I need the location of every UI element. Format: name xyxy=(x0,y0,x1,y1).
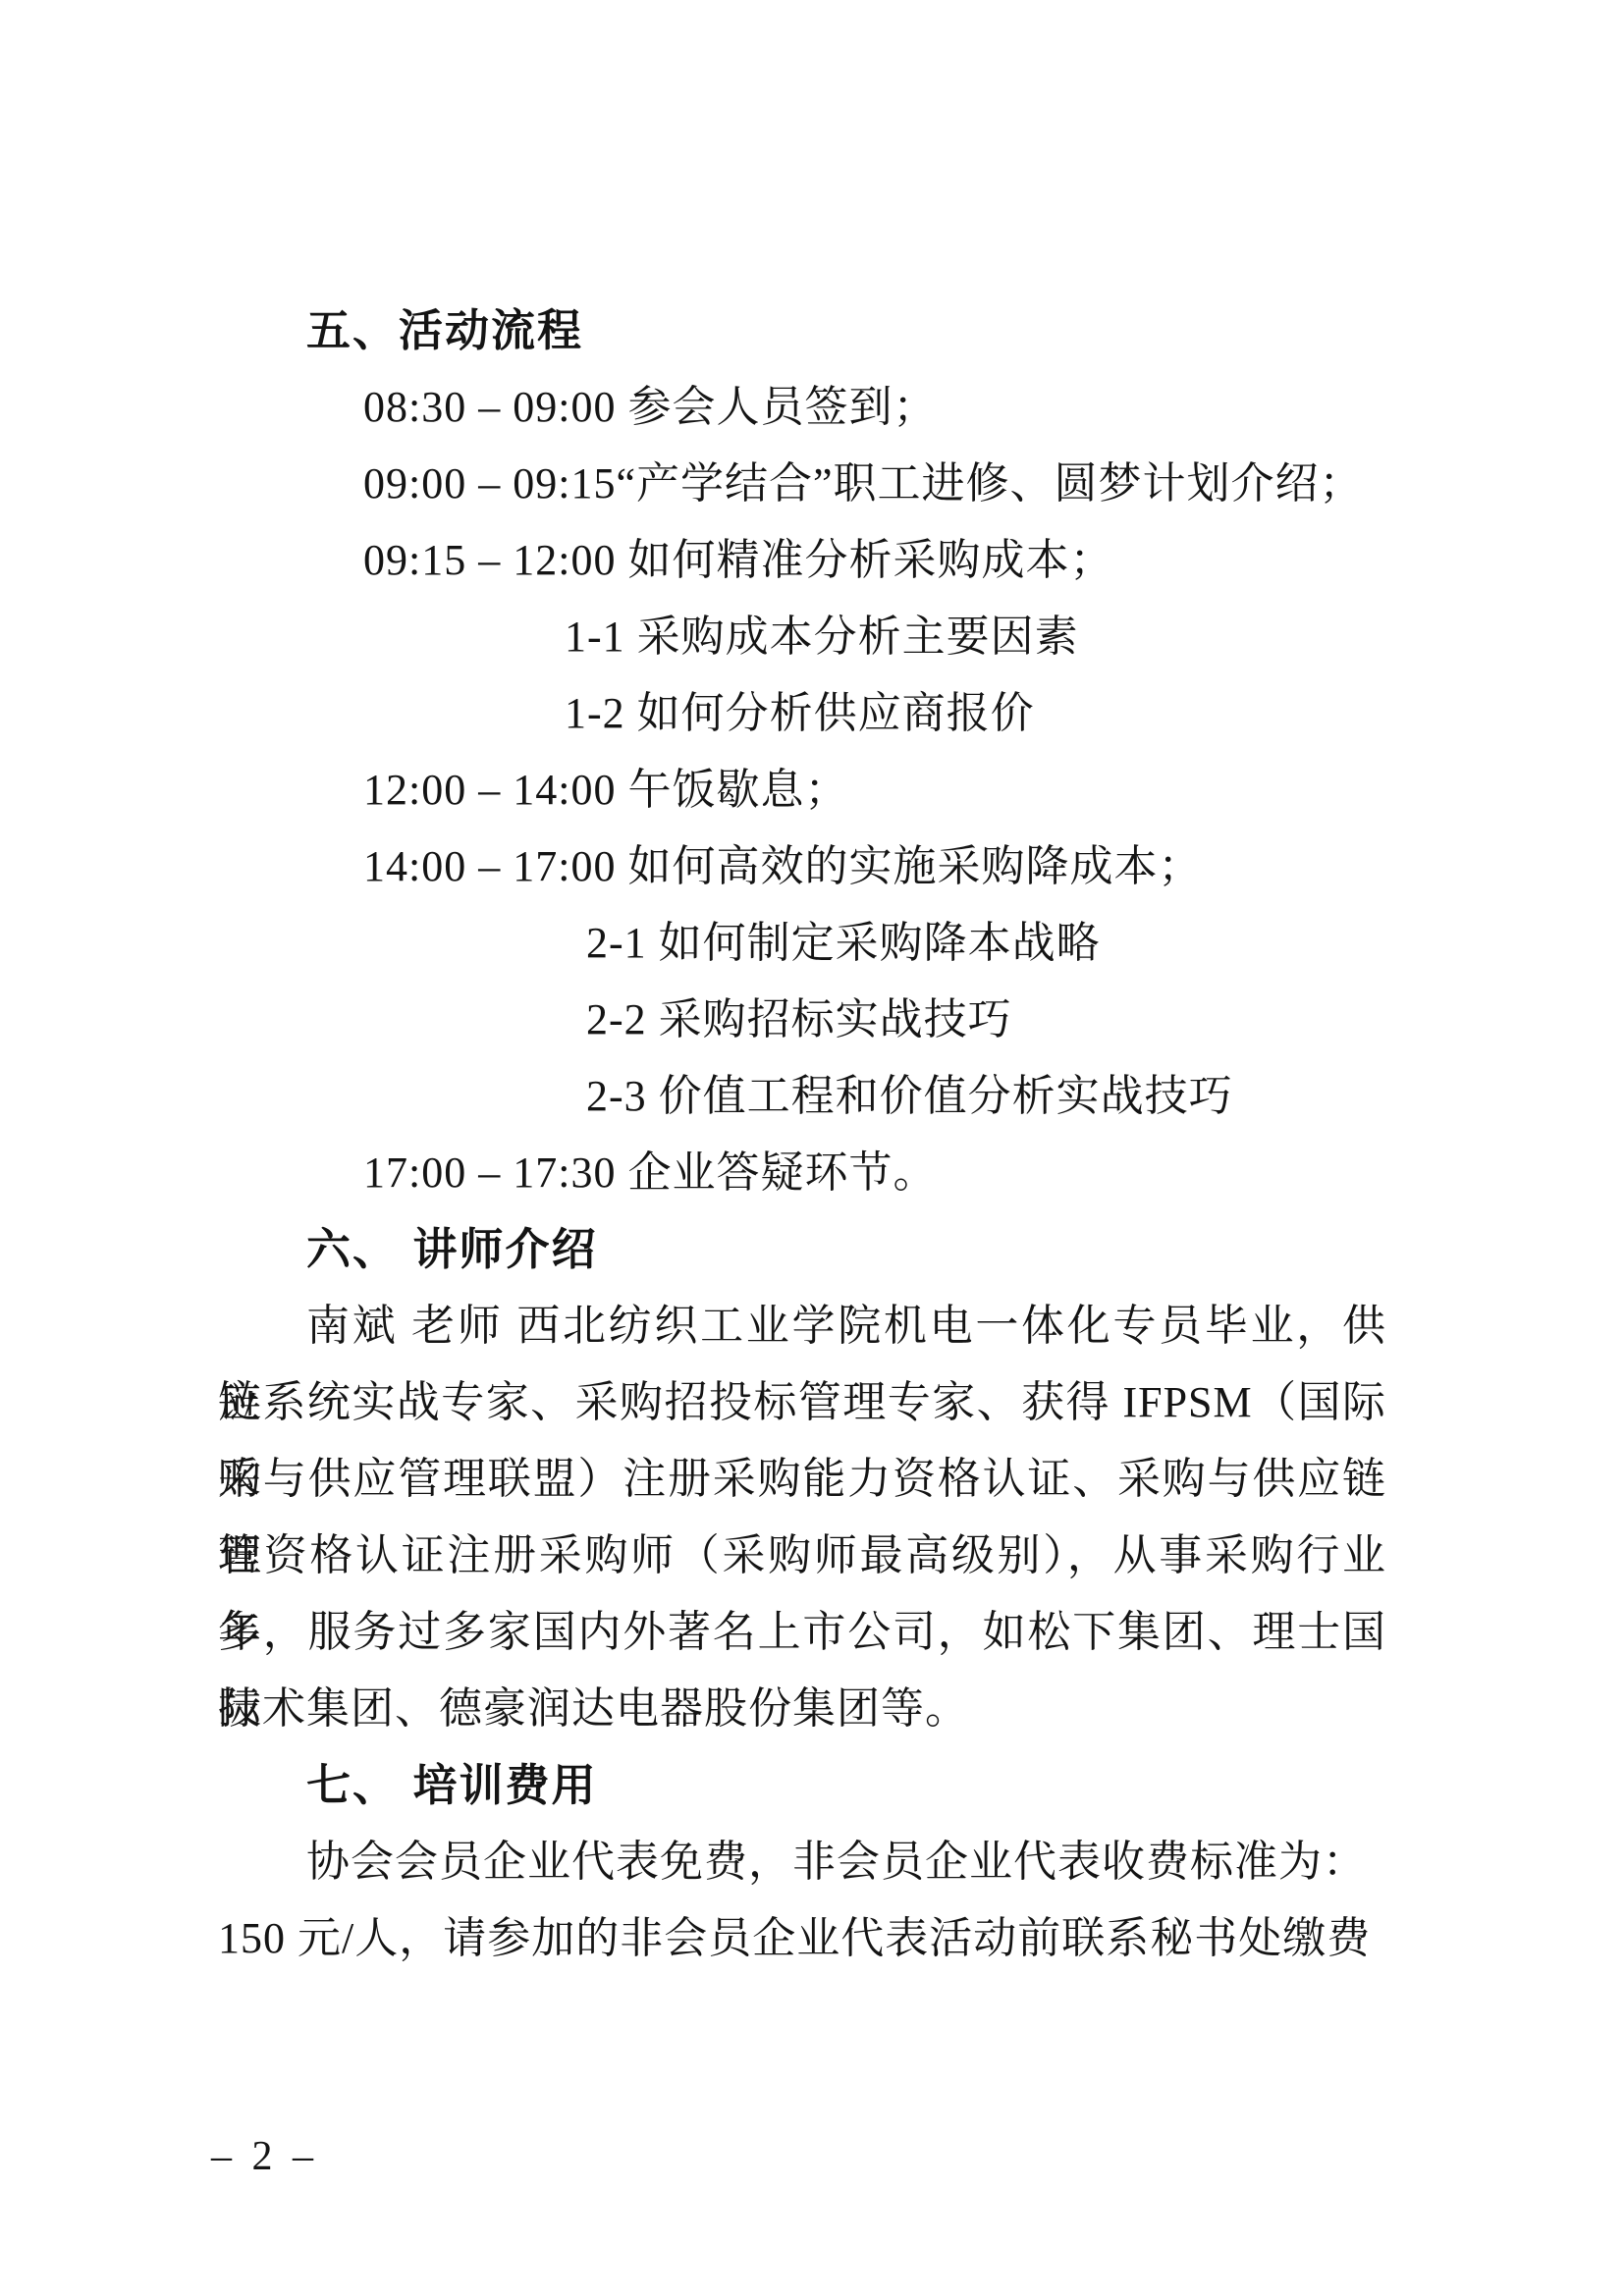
schedule-subitem-2-2: 2-2 采购招标实战技巧 xyxy=(218,982,1386,1058)
schedule-subitem-2-3: 2-3 价值工程和价值分析实战技巧 xyxy=(218,1058,1386,1135)
lecturer-paragraph-line: 年，服务过多家国内外著名上市公司，如松下集团、理士国际 xyxy=(218,1594,1386,1671)
lecturer-paragraph-line: 链系统实战专家、采购招投标管理专家、获得 IFPSM（国际采 xyxy=(218,1364,1386,1441)
schedule-subitem-2-1: 2-1 如何制定采购降本战略 xyxy=(218,905,1386,982)
section-heading-fee: 七、 培训费用 xyxy=(218,1747,1386,1824)
lecturer-paragraph-line: 南斌 老师 西北纺织工业学院机电一体化专员毕业，供应 xyxy=(218,1288,1386,1364)
schedule-subitem-1-2: 1-2 如何分析供应商报价 xyxy=(218,675,1386,752)
document-page: 五、活动流程 08:30 – 09:00 参会人员签到； 09:00 – 09:… xyxy=(0,0,1624,2296)
schedule-line-intro: 09:00 – 09:15“产学结合”职工进修、圆梦计划介绍； xyxy=(218,446,1386,522)
schedule-line-lunch: 12:00 – 14:00 午饭歇息； xyxy=(218,752,1386,828)
schedule-line-signin: 08:30 – 09:00 参会人员签到； xyxy=(218,369,1386,446)
lecturer-paragraph-line: 理资格认证注册采购师（采购师最高级别），从事采购行业多 xyxy=(218,1518,1386,1594)
schedule-subitem-1-1: 1-1 采购成本分析主要因素 xyxy=(218,599,1386,675)
page-number: – 2 – xyxy=(211,2118,318,2195)
schedule-line-qa: 17:00 – 17:30 企业答疑环节。 xyxy=(218,1135,1386,1211)
lecturer-paragraph-line: 技术集团、德豪润达电器股份集团等。 xyxy=(218,1671,1386,1747)
document-body: 五、活动流程 08:30 – 09:00 参会人员签到； 09:00 – 09:… xyxy=(218,293,1386,1977)
section-heading-lecturer: 六、 讲师介绍 xyxy=(218,1211,1386,1288)
fee-paragraph-line: 150 元/人，请参加的非会员企业代表活动前联系秘书处缴费 xyxy=(218,1900,1386,1977)
lecturer-paragraph-line: 购与供应管理联盟）注册采购能力资格认证、采购与供应链管 xyxy=(218,1441,1386,1518)
section-heading-activity-flow: 五、活动流程 xyxy=(218,293,1386,369)
schedule-line-afternoon: 14:00 – 17:00 如何高效的实施采购降成本； xyxy=(218,828,1386,905)
fee-paragraph-line: 协会会员企业代表免费，非会员企业代表收费标准为： xyxy=(218,1824,1386,1900)
schedule-line-morning: 09:15 – 12:00 如何精准分析采购成本； xyxy=(218,522,1386,599)
